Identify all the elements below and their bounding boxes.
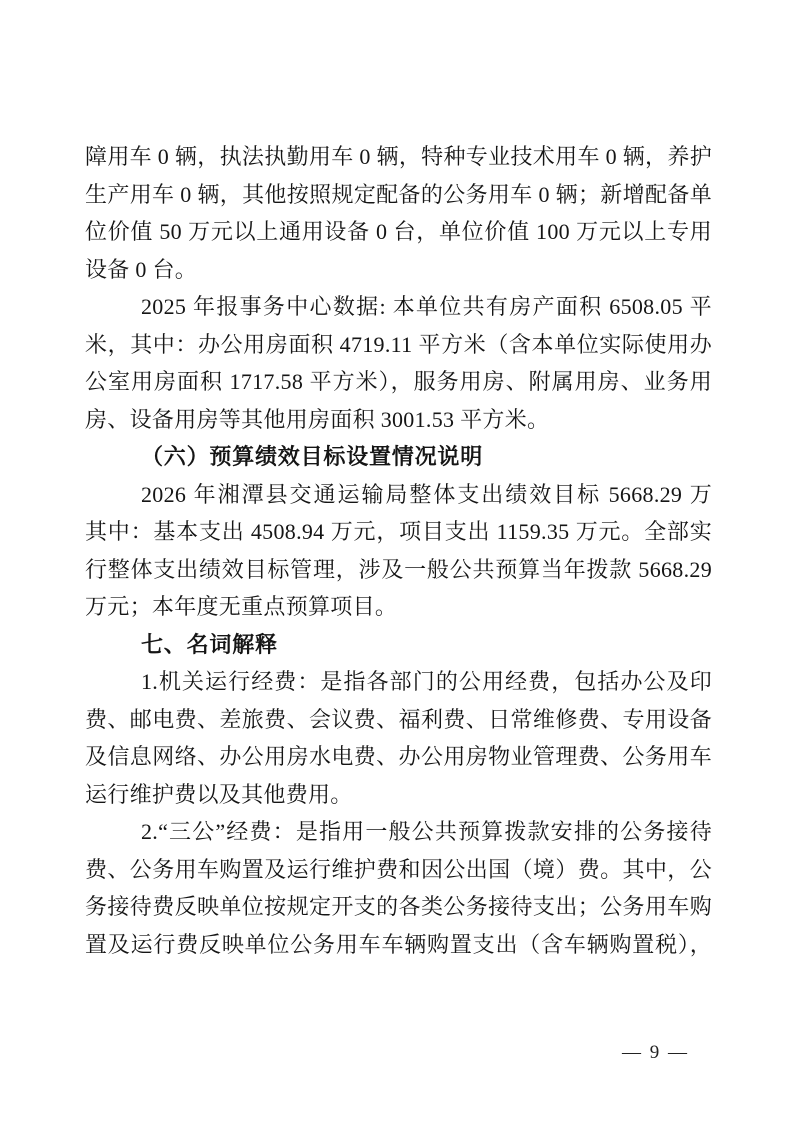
text-line: 万元；本年度无重点预算项目。 bbox=[85, 588, 712, 626]
text-line: 位价值 50 万元以上通用设备 0 台，单位价值 100 万元以上专用 bbox=[85, 213, 712, 251]
text-line: 务接待费反映单位按规定开支的各类公务接待支出；公务用车购 bbox=[85, 888, 712, 926]
text-line: 其中：基本支出 4508.94 万元，项目支出 1159.35 万元。全部实 bbox=[85, 513, 712, 551]
document-page: 障用车 0 辆，执法执勤用车 0 辆，特种专业技术用车 0 辆，养护 生产用车 … bbox=[0, 0, 793, 1122]
text-line: 费、邮电费、差旅费、会议费、福利费、日常维修费、专用设备 bbox=[85, 701, 712, 739]
page-content: 障用车 0 辆，执法执勤用车 0 辆，特种专业技术用车 0 辆，养护 生产用车 … bbox=[85, 138, 712, 963]
text-line: 公室用房面积 1717.58 平方米），服务用房、附属用房、业务用 bbox=[85, 363, 712, 401]
text-line: 2026 年湘潭县交通运输局整体支出绩效目标 5668.29 万元， bbox=[85, 476, 712, 514]
text-line: 设备 0 台。 bbox=[85, 251, 712, 289]
text-line: 障用车 0 辆，执法执勤用车 0 辆，特种专业技术用车 0 辆，养护 bbox=[85, 138, 712, 176]
paragraph-property-area: 2025 年报事务中心数据: 本单位共有房产面积 6508.05 平方 米，其中… bbox=[85, 288, 712, 438]
paragraph-term-three-public-expenses: 2.“三公”经费：是指用一般公共预算拨款安排的公务接待 费、公务用车购置及运行维… bbox=[85, 813, 712, 963]
text-line: 行整体支出绩效目标管理，涉及一般公共预算当年拨款 5668.29 bbox=[85, 551, 712, 589]
page-number: — 9 — bbox=[622, 1041, 687, 1065]
text-line: 房、设备用房等其他用房面积 3001.53 平方米。 bbox=[85, 401, 712, 439]
text-line: 米，其中：办公用房面积 4719.11 平方米（含本单位实际使用办 bbox=[85, 326, 712, 364]
paragraph-performance-targets: 2026 年湘潭县交通运输局整体支出绩效目标 5668.29 万元， 其中：基本… bbox=[85, 476, 712, 626]
text-line: 费、公务用车购置及运行维护费和因公出国（境）费。其中，公 bbox=[85, 851, 712, 889]
text-line: 生产用车 0 辆，其他按照规定配备的公务用车 0 辆；新增配备单 bbox=[85, 176, 712, 214]
text-line: 2.“三公”经费：是指用一般公共预算拨款安排的公务接待 bbox=[85, 813, 712, 851]
text-line: 运行维护费以及其他费用。 bbox=[85, 776, 712, 814]
text-line: 置及运行费反映单位公务用车车辆购置支出（含车辆购置税）， bbox=[85, 926, 712, 964]
heading-section-7: 七、名词解释 bbox=[85, 626, 712, 664]
text-line: 2025 年报事务中心数据: 本单位共有房产面积 6508.05 平方 bbox=[85, 288, 712, 326]
paragraph-vehicles-continued: 障用车 0 辆，执法执勤用车 0 辆，特种专业技术用车 0 辆，养护 生产用车 … bbox=[85, 138, 712, 288]
paragraph-term-agency-operating-expense: 1.机关运行经费：是指各部门的公用经费，包括办公及印刷 费、邮电费、差旅费、会议… bbox=[85, 663, 712, 813]
text-line: 及信息网络、办公用房水电费、办公用房物业管理费、公务用车 bbox=[85, 738, 712, 776]
heading-section-6: （六）预算绩效目标设置情况说明 bbox=[85, 438, 712, 476]
text-line: 1.机关运行经费：是指各部门的公用经费，包括办公及印刷 bbox=[85, 663, 712, 701]
